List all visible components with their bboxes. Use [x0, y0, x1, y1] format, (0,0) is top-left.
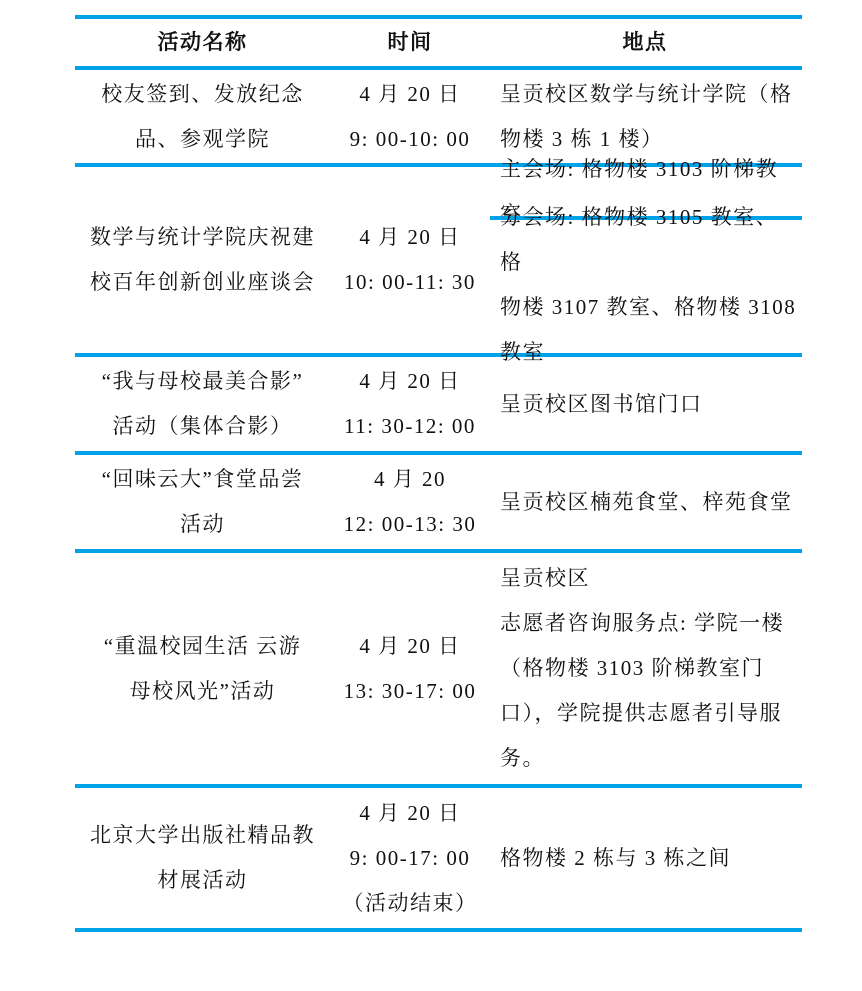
time-cell: 4 月 20 日 10: 00-11: 30 [330, 167, 490, 353]
time-cell: 4 月 20 日 9: 00-17: 00 （活动结束） [330, 788, 490, 928]
location-cell: 呈贡校区 志愿者咨询服务点: 学院一楼 （格物楼 3103 阶梯教室门 口），学… [490, 553, 802, 784]
activity-cell: 数学与统计学院庆祝建 校百年创新创业座谈会 [75, 167, 330, 353]
activity-cell: “重温校园生活 云游 母校风光”活动 [75, 553, 330, 784]
location-cell: 呈贡校区楠苑食堂、梓苑食堂 [490, 455, 802, 549]
table-row: 数学与统计学院庆祝建 校百年创新创业座谈会 4 月 20 日 10: 00-11… [75, 167, 802, 357]
time-cell: 4 月 20 日 9: 00-10: 00 [330, 70, 490, 163]
table-header-row: 活动名称 时间 地点 [75, 19, 802, 70]
activity-cell: 北京大学出版社精品教 材展活动 [75, 788, 330, 928]
table-row: “回味云大”食堂品尝 活动 4 月 20 12: 00-13: 30 呈贡校区楠… [75, 455, 802, 553]
table-row: “我与母校最美合影” 活动（集体合影） 4 月 20 日 11: 30-12: … [75, 357, 802, 455]
activity-cell: “我与母校最美合影” 活动（集体合影） [75, 357, 330, 451]
table-row: “重温校园生活 云游 母校风光”活动 4 月 20 日 13: 30-17: 0… [75, 553, 802, 788]
location-sub-venue-cell: 分会场: 格物楼 3105 教室、格 物楼 3107 教室、格物楼 3108 教… [490, 216, 802, 349]
location-cell: 格物楼 2 栋与 3 栋之间 [490, 788, 802, 928]
header-time: 时间 [330, 19, 490, 66]
header-activity-name: 活动名称 [75, 19, 330, 66]
time-cell: 4 月 20 12: 00-13: 30 [330, 455, 490, 549]
location-cell-split: 主会场: 格物楼 3103 阶梯教室 分会场: 格物楼 3105 教室、格 物楼… [490, 167, 802, 353]
document-page: 活动名称 时间 地点 校友签到、发放纪念 品、参观学院 4 月 20 日 9: … [0, 0, 862, 991]
location-cell: 呈贡校区图书馆门口 [490, 357, 802, 451]
table-row: 北京大学出版社精品教 材展活动 4 月 20 日 9: 00-17: 00 （活… [75, 788, 802, 932]
header-location: 地点 [490, 19, 802, 66]
time-cell: 4 月 20 日 13: 30-17: 00 [330, 553, 490, 784]
activity-schedule-table: 活动名称 时间 地点 校友签到、发放纪念 品、参观学院 4 月 20 日 9: … [75, 15, 802, 932]
activity-cell: “回味云大”食堂品尝 活动 [75, 455, 330, 549]
time-cell: 4 月 20 日 11: 30-12: 00 [330, 357, 490, 451]
activity-cell: 校友签到、发放纪念 品、参观学院 [75, 70, 330, 163]
